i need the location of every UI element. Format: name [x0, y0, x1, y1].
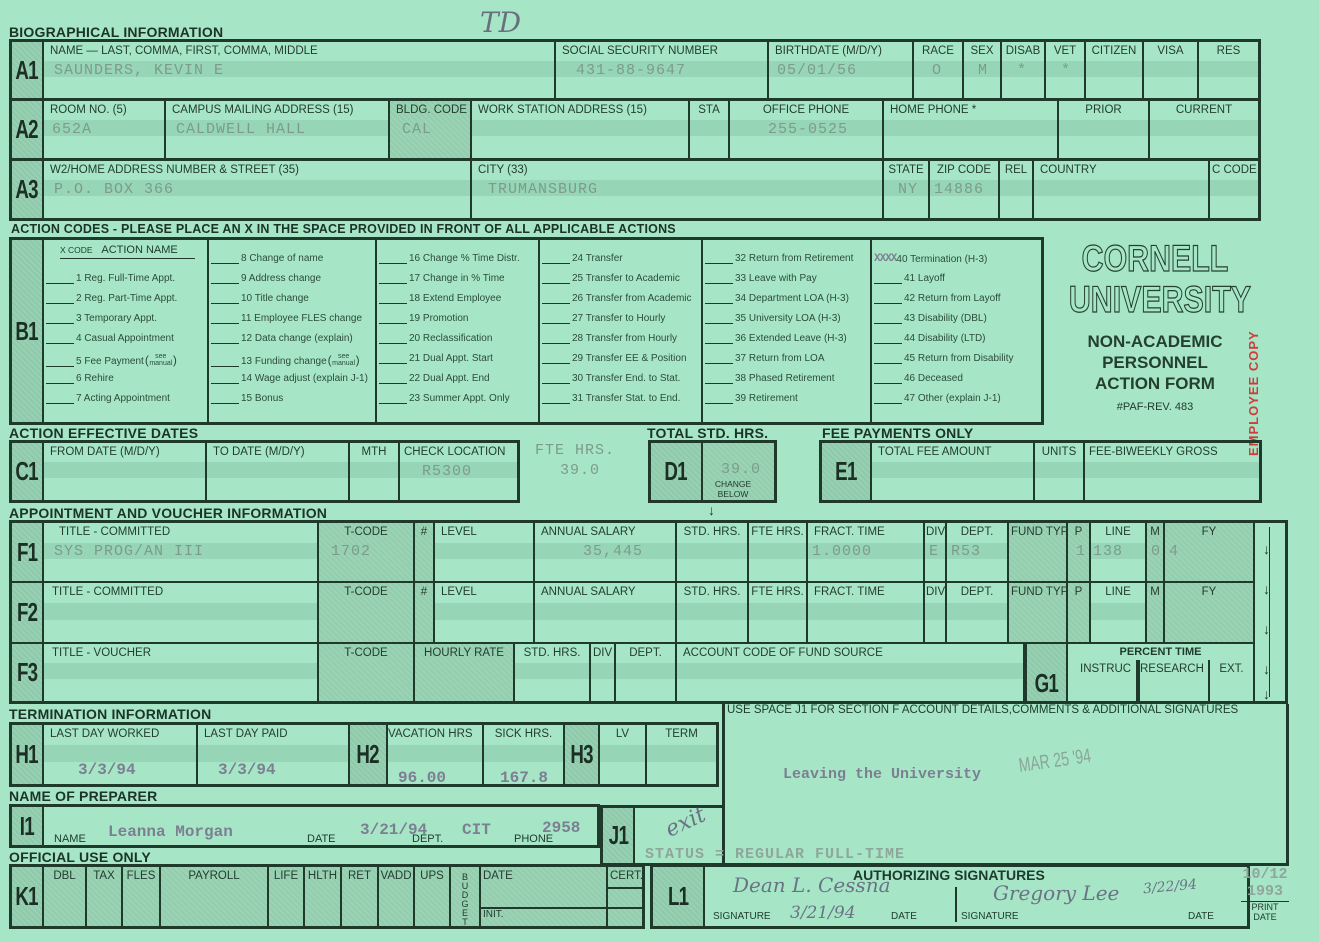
bldg-code-label: BLDG. CODE: [396, 104, 467, 116]
signature1-label: SIGNATURE: [713, 911, 771, 922]
action-40[interactable]: XXXX40 Termination (H-3): [874, 253, 987, 265]
f1-p-value: 1: [1076, 543, 1086, 560]
f1-p-label: P: [1068, 526, 1089, 538]
action-30[interactable]: 30 Transfer End. to Stat.: [542, 373, 680, 384]
f1-level-label: LEVEL: [441, 526, 477, 538]
row-f1: F1 TITLE - COMMITTEDSYS PROG/AN III T-CO…: [12, 523, 1253, 583]
action-37[interactable]: 37 Return from LOA: [705, 353, 824, 364]
f2-div-field[interactable]: DIV: [925, 583, 947, 642]
zip-field[interactable]: ZIP CODE 14886: [930, 161, 1000, 218]
f1-m-field[interactable]: M0: [1147, 523, 1165, 581]
f2-fte-hrs-field[interactable]: FTE HRS.: [749, 583, 808, 642]
arrow-down-icon: ↓: [1263, 541, 1270, 557]
f1-title-field[interactable]: TITLE - COMMITTEDSYS PROG/AN III: [44, 523, 319, 581]
sex-field[interactable]: SEX M: [964, 42, 1002, 98]
f1-salary-label: ANNUAL SALARY: [541, 526, 636, 538]
action-38[interactable]: 38 Phased Retirement: [705, 373, 835, 384]
official-use-title: OFFICIAL USE ONLY: [9, 849, 151, 865]
action-33[interactable]: 33 Leave with Pay: [705, 273, 817, 284]
f1-div-field[interactable]: DIVE: [925, 523, 947, 581]
fte-hrs-value: 39.0: [560, 462, 600, 479]
fte-hrs-label: FTE HRS.: [535, 442, 615, 459]
mth-field[interactable]: MTH: [350, 443, 400, 500]
action-2[interactable]: 2 Reg. Part-Time Appt.: [46, 293, 177, 304]
std-hours-box: D1 39.0 CHANGE BELOW: [648, 440, 777, 503]
vet-field[interactable]: VET *: [1046, 42, 1086, 98]
to-date-label: TO DATE (M/D/Y): [213, 446, 305, 458]
typed-comment: Leaving the University: [783, 766, 981, 783]
section-code-k1: K1: [12, 867, 44, 926]
f1-m-value: 0: [1151, 543, 1161, 560]
appointment-box: F1 TITLE - COMMITTEDSYS PROG/AN III T-CO…: [9, 520, 1288, 704]
termination-box: H1 LAST DAY WORKED3/3/94 LAST DAY PAID3/…: [9, 722, 719, 787]
f1-number-field[interactable]: #: [415, 523, 435, 581]
f1-p-field[interactable]: P1: [1068, 523, 1091, 581]
official-use-box: K1 DBL TAX FLES PAYROLL LIFE HLTH RET VA…: [9, 864, 645, 929]
zip-label: ZIP CODE: [930, 164, 998, 176]
f3-hourly-rate-label: HOURLY RATE: [415, 647, 513, 659]
visa-field[interactable]: VISA: [1144, 42, 1199, 98]
section-code-h3: H3: [565, 725, 600, 784]
c-code-label: C CODE: [1212, 164, 1257, 176]
f1-title-value: SYS PROG/AN III: [54, 543, 204, 560]
section-code-e1: E1: [822, 443, 872, 500]
f1-std-hrs-field[interactable]: STD. HRS.: [677, 523, 749, 581]
cert-field[interactable]: CERT.: [608, 867, 642, 926]
f1-line-value: 138: [1093, 543, 1123, 560]
f2-salary-label: ANNUAL SALARY: [541, 586, 636, 598]
last-day-paid-field[interactable]: LAST DAY PAID3/3/94: [198, 725, 350, 784]
sta-field[interactable]: STA: [690, 101, 730, 158]
ssn-field[interactable]: SOCIAL SECURITY NUMBER 431-88-9647: [556, 42, 769, 98]
ext-label: EXT.: [1210, 663, 1253, 675]
res-label: RES: [1199, 45, 1258, 57]
f1-m-label: M: [1147, 526, 1163, 538]
action-39[interactable]: 39 Retirement: [705, 393, 798, 404]
last-day-worked-value: 3/3/94: [78, 761, 136, 779]
f2-level-label: LEVEL: [441, 586, 477, 598]
instruc-label: INSTRUC: [1080, 663, 1131, 675]
arrow-down-icon: ↓: [1263, 581, 1270, 597]
action-10[interactable]: 10 Title change: [211, 293, 309, 304]
instruc-field[interactable]: INSTRUC: [1080, 660, 1138, 701]
action-26[interactable]: 26 Transfer from Academic: [542, 293, 692, 304]
f1-fte-hrs-field[interactable]: FTE HRS.: [749, 523, 808, 581]
f1-fund-type-field[interactable]: FUND TYPE: [1009, 523, 1068, 581]
check-location-field[interactable]: CHECK LOCATION R5300: [400, 443, 517, 500]
zip-value: 14886: [934, 181, 984, 198]
citizen-label: CITIZEN: [1086, 45, 1142, 57]
room-field[interactable]: ROOM NO. (5) 652A: [44, 101, 166, 158]
action-14[interactable]: 14 Wage adjust (explain J-1): [211, 373, 368, 384]
ret-field[interactable]: RET: [342, 867, 379, 926]
ups-field[interactable]: UPS: [415, 867, 451, 926]
action-43[interactable]: 43 Disability (DBL): [874, 313, 987, 324]
campus-address-field[interactable]: CAMPUS MAILING ADDRESS (15) CALDWELL HAL…: [166, 101, 390, 158]
cornell-logo-line2: UNIVERSITY: [1069, 279, 1241, 321]
arrow-down-icon: ↓: [1263, 661, 1270, 677]
f1-div-value: E: [929, 543, 939, 560]
f3-dept-label: DEPT.: [616, 647, 675, 659]
vacation-hrs-field[interactable]: VACATION HRS96.00: [388, 725, 484, 784]
signature1-value[interactable]: Dean L. Cessna: [733, 873, 891, 897]
signature1-date-value[interactable]: 3/21/94: [790, 903, 856, 923]
race-label: RACE: [914, 45, 962, 57]
f1-fract-time-field[interactable]: FRACT. TIME1.0000: [808, 523, 925, 581]
disab-field[interactable]: DISAB *: [1002, 42, 1046, 98]
f2-fract-time-field[interactable]: FRACT. TIME: [808, 583, 925, 642]
action-13[interactable]: 13 Funding change(see manual): [211, 353, 360, 367]
action-codes-box: B1 X CODE ACTION NAME 1 Reg. Full-Time A…: [9, 237, 1044, 425]
action-28[interactable]: 28 Transfer from Hourly: [542, 333, 677, 344]
f1-title-label: TITLE - COMMITTED: [59, 526, 170, 538]
cornell-logo-line1: CORNELL: [1077, 238, 1233, 280]
fee-payments-title: FEE PAYMENTS ONLY: [822, 425, 973, 441]
f1-level-field[interactable]: LEVEL: [435, 523, 535, 581]
signature2-date-label: DATE: [1188, 911, 1214, 922]
last-day-paid-label: LAST DAY PAID: [204, 728, 288, 740]
f2-std-hrs-label: STD. HRS.: [677, 586, 747, 598]
f2-tcode-label: T-CODE: [319, 586, 413, 598]
rel-field[interactable]: REL: [1000, 161, 1034, 218]
action-column-2: 8 Change of name 9 Address change 10 Tit…: [209, 240, 377, 422]
action-22[interactable]: 22 Dual Appt. End: [379, 373, 490, 384]
prior-field[interactable]: PRIOR: [1059, 101, 1150, 158]
work-station-field[interactable]: WORK STATION ADDRESS (15): [472, 101, 690, 158]
last-day-worked-field[interactable]: LAST DAY WORKED3/3/94: [44, 725, 198, 784]
f2-title-label: TITLE - COMMITTED: [52, 586, 163, 598]
action-35[interactable]: 35 University LOA (H-3): [705, 313, 841, 324]
life-field[interactable]: LIFE: [269, 867, 305, 926]
std-hours-field[interactable]: 39.0 CHANGE BELOW: [703, 443, 774, 500]
room-value: 652A: [52, 121, 92, 138]
birthdate-field[interactable]: BIRTHDATE (M/D/Y) 05/01/56: [769, 42, 914, 98]
form-title-line1: NON-ACADEMIC: [1060, 331, 1250, 352]
dbl-field[interactable]: DBL: [44, 867, 87, 926]
home-street-value: P.O. BOX 366: [54, 181, 174, 198]
f2-number-label: #: [415, 586, 433, 598]
print-date-value-line2: 1993: [1235, 883, 1295, 900]
g1-percent-time: G1 PERCENT TIME INSTRUC RESEARCH EXT.: [1025, 644, 1253, 701]
f2-line-field[interactable]: LINE: [1091, 583, 1147, 642]
action-16[interactable]: 16 Change % Time Distr.: [379, 253, 520, 264]
action-34[interactable]: 34 Department LOA (H-3): [705, 293, 849, 304]
f2-title-field[interactable]: TITLE - COMMITTED: [44, 583, 319, 642]
action-1[interactable]: 1 Reg. Full-Time Appt.: [46, 273, 175, 284]
action-8[interactable]: 8 Change of name: [211, 253, 323, 264]
check-location-value: R5300: [422, 463, 472, 480]
action-12[interactable]: 12 Data change (explain): [211, 333, 353, 344]
birthdate-value: 05/01/56: [777, 62, 857, 79]
f3-hourly-rate-field[interactable]: HOURLY RATE: [415, 644, 515, 701]
lv-label: LV: [600, 728, 645, 740]
action-32[interactable]: 32 Return from Retirement: [705, 253, 853, 264]
fles-field[interactable]: FLES: [123, 867, 161, 926]
room-label: ROOM NO. (5): [50, 104, 127, 116]
f2-tcode-field[interactable]: T-CODE: [319, 583, 415, 642]
section-code-a3: A3: [12, 161, 44, 218]
f1-fract-time-value: 1.0000: [812, 543, 872, 560]
preparer-name-value[interactable]: Leanna Morgan: [108, 823, 233, 841]
units-field[interactable]: UNITS: [1035, 443, 1085, 500]
f1-salary-field[interactable]: ANNUAL SALARY35,445: [535, 523, 677, 581]
mth-label: MTH: [350, 446, 398, 458]
f3-dept-field[interactable]: DEPT.: [616, 644, 677, 701]
f2-level-field[interactable]: LEVEL: [435, 583, 535, 642]
action-44[interactable]: 44 Disability (LTD): [874, 333, 986, 344]
preparer-dept-label: DEPT.: [412, 833, 443, 845]
f1-number-label: #: [415, 526, 433, 538]
action-20[interactable]: 20 Reclassification: [379, 333, 492, 344]
official-init-label: INIT.: [483, 909, 504, 920]
percent-time-title: PERCENT TIME: [1068, 646, 1253, 658]
office-phone-field[interactable]: OFFICE PHONE 255-0525: [730, 101, 884, 158]
comments-instructions: USE SPACE J1 FOR SECTION F ACCOUNT DETAI…: [727, 704, 1238, 716]
work-station-label: WORK STATION ADDRESS (15): [478, 104, 647, 116]
c-code-field[interactable]: C CODE: [1210, 161, 1258, 218]
action-31[interactable]: 31 Transfer Stat. to End.: [542, 393, 680, 404]
action-45[interactable]: 45 Return from Disability: [874, 353, 1013, 364]
visa-label: VISA: [1144, 45, 1197, 57]
action-9[interactable]: 9 Address change: [211, 273, 321, 284]
f1-fy-field[interactable]: FY4: [1165, 523, 1253, 581]
res-field[interactable]: RES: [1199, 42, 1258, 98]
ups-label: UPS: [415, 870, 449, 882]
f1-fy-value: 4: [1169, 543, 1179, 560]
sick-hrs-label: SICK HRS.: [484, 728, 563, 740]
action-21[interactable]: 21 Dual Appt. Start: [379, 353, 493, 364]
city-label: CITY (33): [478, 164, 528, 176]
f2-dept-field[interactable]: DEPT.: [947, 583, 1009, 642]
ssn-value: 431-88-9647: [576, 62, 686, 79]
section-code-l1: L1: [653, 867, 705, 926]
from-date-field[interactable]: FROM DATE (M/D/Y): [44, 443, 207, 500]
action-15[interactable]: 15 Bonus: [211, 393, 283, 404]
current-label: CURRENT: [1150, 104, 1258, 116]
total-std-hours-title: TOTAL STD. HRS.: [647, 425, 768, 441]
budget-field[interactable]: BUDGET: [451, 867, 481, 926]
lv-field[interactable]: LV: [600, 725, 647, 784]
citizen-field[interactable]: CITIZEN: [1086, 42, 1144, 98]
xcode-header: X CODE: [60, 245, 93, 255]
action-column-4: 24 Transfer 25 Transfer to Academic 26 T…: [540, 240, 703, 422]
home-street-field[interactable]: W2/HOME ADDRESS NUMBER & STREET (35) P.O…: [44, 161, 472, 218]
research-label: RESEARCH: [1140, 663, 1204, 675]
home-phone-field[interactable]: HOME PHONE *: [884, 101, 1059, 158]
comments-area: USE SPACE J1 FOR SECTION F ACCOUNT DETAI…: [722, 704, 1289, 866]
f2-fy-label: FY: [1165, 586, 1253, 598]
action-40-x-mark: XXXX: [874, 253, 896, 265]
country-field[interactable]: COUNTRY: [1034, 161, 1210, 218]
fee-gross-field[interactable]: FEE-BIWEEKLY GROSS: [1085, 443, 1259, 500]
action-29[interactable]: 29 Transfer EE & Position: [542, 353, 687, 364]
vadd-label: VADD: [379, 870, 413, 882]
signature2-value[interactable]: Gregory Lee: [993, 881, 1119, 905]
action-19[interactable]: 19 Promotion: [379, 313, 468, 324]
total-fee-field[interactable]: TOTAL FEE AMOUNT: [872, 443, 1035, 500]
action-46[interactable]: 46 Deceased: [874, 373, 963, 384]
section-code-h2: H2: [350, 725, 388, 784]
sex-label: SEX: [964, 45, 1000, 57]
section-code-b1: B1: [12, 240, 44, 422]
std-hours-value: 39.0: [721, 461, 761, 478]
units-label: UNITS: [1035, 446, 1083, 458]
f2-fy-field[interactable]: FY: [1165, 583, 1253, 642]
action-42[interactable]: 42 Return from Layoff: [874, 293, 1001, 304]
f1-fund-type-label: FUND TYPE: [1011, 526, 1076, 538]
f2-std-hrs-field[interactable]: STD. HRS.: [677, 583, 749, 642]
f2-p-field[interactable]: P: [1068, 583, 1091, 642]
hlth-field[interactable]: HLTH: [305, 867, 342, 926]
effective-dates-title: ACTION EFFECTIVE DATES: [9, 425, 198, 441]
term-field[interactable]: TERM: [647, 725, 716, 784]
payroll-field[interactable]: PAYROLL: [161, 867, 269, 926]
f2-salary-field[interactable]: ANNUAL SALARY: [535, 583, 677, 642]
f1-tcode-value: 1702: [331, 543, 371, 560]
f3-div-field[interactable]: DIV: [591, 644, 616, 701]
city-value: TRUMANSBURG: [488, 181, 598, 198]
row-a2: A2 ROOM NO. (5) 652A CAMPUS MAILING ADDR…: [9, 98, 1261, 161]
print-date: 10/12 1993 PRINT DATE: [1235, 866, 1295, 922]
check-location-label: CHECK LOCATION: [404, 446, 505, 458]
down-arrow-icon: ↓: [708, 502, 715, 518]
state-value: NY: [898, 181, 918, 198]
preparer-dept-value[interactable]: CIT: [462, 821, 491, 839]
action-18[interactable]: 18 Extend Employee: [379, 293, 501, 304]
last-day-worked-label: LAST DAY WORKED: [50, 728, 159, 740]
home-phone-label: HOME PHONE *: [890, 104, 976, 116]
section-code-d1: D1: [651, 443, 703, 500]
action-27[interactable]: 27 Transfer to Hourly: [542, 313, 665, 324]
print-date-label: PRINT DATE: [1247, 902, 1283, 922]
f2-line-label: LINE: [1091, 586, 1145, 598]
current-field[interactable]: CURRENT: [1150, 101, 1258, 158]
fee-gross-label: FEE-BIWEEKLY GROSS: [1089, 446, 1218, 458]
fee-payments-box: E1 TOTAL FEE AMOUNT UNITS FEE-BIWEEKLY G…: [819, 440, 1262, 503]
appointment-title: APPOINTMENT AND VOUCHER INFORMATION: [9, 505, 327, 521]
bio-section-title: BIOGRAPHICAL INFORMATION: [9, 24, 223, 40]
signatures-box: L1 AUTHORIZING SIGNATURES SIGNATURE Dean…: [650, 864, 1250, 929]
action-11[interactable]: 11 Employee FLES change: [211, 313, 362, 324]
action-name-header: ACTION NAME: [101, 244, 177, 256]
f3-account-code-label: ACCOUNT CODE OF FUND SOURCE: [683, 647, 883, 659]
f2-fund-type-field[interactable]: FUND TYPE: [1009, 583, 1068, 642]
to-date-field[interactable]: TO DATE (M/D/Y): [207, 443, 350, 500]
section-code-h1: H1: [12, 725, 44, 784]
city-field[interactable]: CITY (33) TRUMANSBURG: [472, 161, 884, 218]
action-24[interactable]: 24 Transfer: [542, 253, 623, 264]
action-36[interactable]: 36 Extended Leave (H-3): [705, 333, 847, 344]
print-date-value-line1: 10/12: [1235, 866, 1295, 883]
prior-label: PRIOR: [1059, 104, 1148, 116]
action-4[interactable]: 4 Casual Appointment: [46, 333, 174, 344]
f1-dept-value: R53: [951, 543, 981, 560]
state-field[interactable]: STATE NY: [884, 161, 930, 218]
signature2-label: SIGNATURE: [961, 911, 1019, 922]
research-field[interactable]: RESEARCH: [1138, 660, 1210, 701]
action-column-6: XXXX40 Termination (H-3) 41 Layoff 42 Re…: [872, 240, 1041, 422]
preparer-name-label: NAME: [54, 833, 86, 845]
name-field[interactable]: NAME — LAST, COMMA, FIRST, COMMA, MIDDLE…: [44, 42, 556, 98]
sick-hrs-value: 167.8: [500, 769, 548, 787]
sick-hrs-field[interactable]: SICK HRS.167.8: [484, 725, 565, 784]
form-title-line2: PERSONNEL: [1060, 352, 1250, 373]
change-below-note: CHANGE BELOW: [703, 479, 763, 499]
vadd-field[interactable]: VADD: [379, 867, 415, 926]
f2-number-field[interactable]: #: [415, 583, 435, 642]
ssn-label: SOCIAL SECURITY NUMBER: [562, 45, 718, 57]
preparer-phone-value[interactable]: 2958: [542, 819, 580, 837]
office-phone-value: 255-0525: [768, 121, 848, 138]
bldg-code-field[interactable]: BLDG. CODE CAL: [390, 101, 472, 158]
received-stamp: MAR 25 '94: [1017, 745, 1092, 778]
home-street-label: W2/HOME ADDRESS NUMBER & STREET (35): [50, 164, 299, 176]
f3-std-hrs-field[interactable]: STD. HRS.: [515, 644, 591, 701]
fles-label: FLES: [123, 870, 159, 882]
preparer-date-label: DATE: [307, 833, 336, 845]
action-codes-title: ACTION CODES - PLEASE PLACE AN X IN THE …: [11, 222, 676, 236]
effective-dates-box: C1 FROM DATE (M/D/Y) TO DATE (M/D/Y) MTH…: [9, 440, 520, 503]
action-47[interactable]: 47 Other (explain J-1): [874, 393, 1001, 404]
country-label: COUNTRY: [1040, 164, 1097, 176]
f1-fte-hrs-label: FTE HRS.: [749, 526, 806, 538]
sex-value: M: [978, 62, 988, 79]
signature2-date-value[interactable]: 3/22/94: [1142, 877, 1197, 898]
employee-copy-label: EMPLOYEE COPY: [1246, 306, 1261, 456]
action-25[interactable]: 25 Transfer to Academic: [542, 273, 680, 284]
disab-value: *: [1017, 62, 1027, 79]
f3-account-code-field[interactable]: ACCOUNT CODE OF FUND SOURCE: [677, 644, 1025, 701]
f1-std-hrs-label: STD. HRS.: [677, 526, 747, 538]
ext-field[interactable]: EXT.: [1210, 660, 1253, 701]
action-column-5: 32 Return from Retirement 33 Leave with …: [703, 240, 872, 422]
race-field[interactable]: RACE O: [914, 42, 964, 98]
f3-tcode-field[interactable]: T-CODE: [319, 644, 415, 701]
f2-m-label: M: [1147, 586, 1163, 598]
tax-field[interactable]: TAX: [87, 867, 123, 926]
status-line: STATUS = REGULAR FULL-TIME: [645, 846, 905, 863]
action-23[interactable]: 23 Summer Appt. Only: [379, 393, 510, 404]
sta-label: STA: [690, 104, 728, 116]
action-column-3: 16 Change % Time Distr. 17 Change in % T…: [377, 240, 540, 422]
last-day-paid-value: 3/3/94: [218, 761, 276, 779]
section-code-c1: C1: [12, 443, 44, 500]
action-5[interactable]: 5 Fee Payment(see manual): [46, 353, 177, 367]
action-41[interactable]: 41 Layoff: [874, 273, 945, 284]
f1-tcode-field[interactable]: T-CODE1702: [319, 523, 415, 581]
f2-fund-type-label: FUND TYPE: [1011, 586, 1076, 598]
action-17[interactable]: 17 Change in % Time: [379, 273, 505, 284]
f2-fte-hrs-label: FTE HRS.: [749, 586, 806, 598]
office-phone-label: OFFICE PHONE: [730, 104, 882, 116]
action-3[interactable]: 3 Temporary Appt.: [46, 313, 157, 324]
official-date-field[interactable]: DATE INIT.: [481, 867, 608, 926]
f1-line-field[interactable]: LINE138: [1091, 523, 1147, 581]
row-f3: F3 TITLE - VOUCHER T-CODE HOURLY RATE ST…: [12, 644, 1253, 701]
hlth-label: HLTH: [305, 870, 340, 882]
vacation-hrs-label: VACATION HRS: [388, 728, 473, 740]
vet-label: VET: [1046, 45, 1084, 57]
birthdate-label: BIRTHDATE (M/D/Y): [775, 45, 882, 57]
dbl-label: DBL: [44, 870, 85, 882]
f3-title-field[interactable]: TITLE - VOUCHER: [44, 644, 319, 701]
action-6[interactable]: 6 Rehire: [46, 373, 114, 384]
f1-dept-field[interactable]: DEPT.R53: [947, 523, 1009, 581]
f2-m-field[interactable]: M: [1147, 583, 1165, 642]
action-7[interactable]: 7 Acting Appointment: [46, 393, 170, 404]
rel-label: REL: [1000, 164, 1032, 176]
f3-title-label: TITLE - VOUCHER: [52, 647, 151, 659]
